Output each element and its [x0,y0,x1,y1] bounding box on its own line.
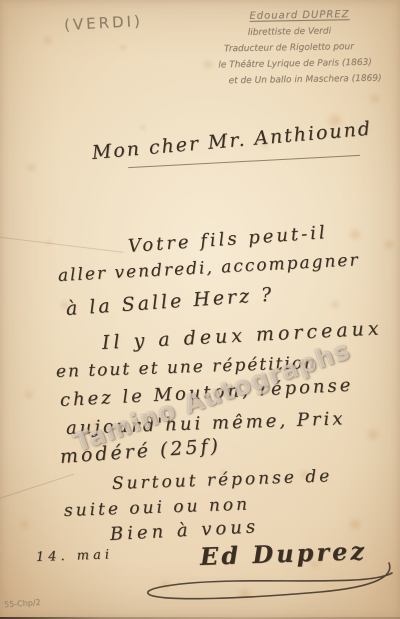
letter-photo: (VERDI) Edouard DUPREZ librettiste de Ve… [0,0,400,619]
signature-flourish [140,560,396,606]
letter-line: Surtout réponse de [112,466,333,494]
letter-line: Votre fils peut-il [127,222,328,257]
letter-line: suite oui ou non [64,495,251,521]
letter-date: 14. mai [36,547,114,565]
letter-line: modéré (25f) [59,435,221,468]
paper-crease [0,474,74,500]
catalog-number: 55-Chp/2 [4,598,41,610]
pencil-note-verdi: (VERDI) [64,12,144,34]
letter-line: aujourd'hui même, Prix [66,408,346,439]
attribution-line: et de Un ballo in Maschera (1869) [228,71,381,90]
pencil-attribution-note: Edouard DUPREZ librettiste de Verdi Trad… [217,7,381,90]
letter-line: aller vendredi, accompagner [57,250,360,286]
paper-crease [0,236,124,253]
letter-line: à la Salle Herz ? [65,283,275,320]
letter-line: Il y a deux morceaux [101,317,383,354]
